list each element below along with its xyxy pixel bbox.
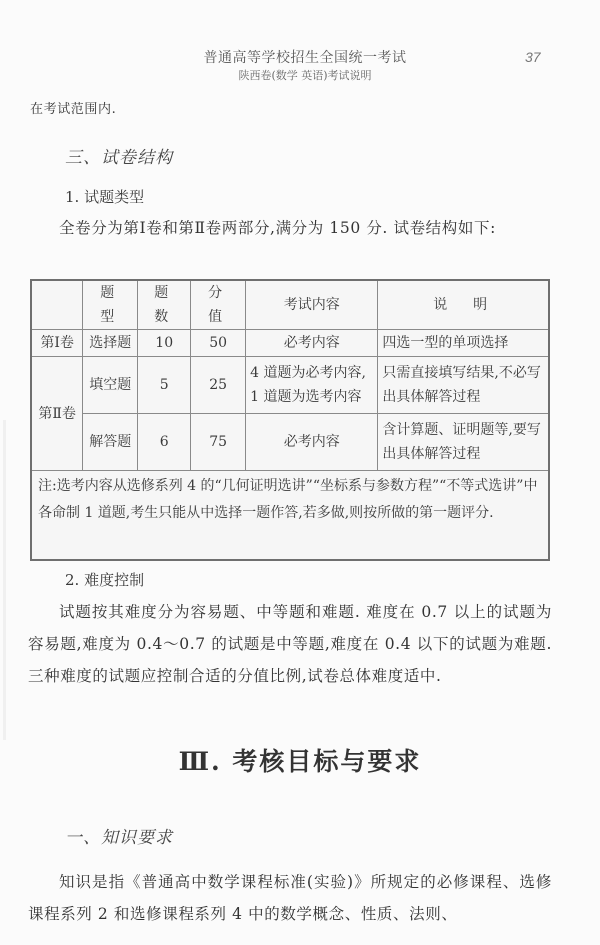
- header-cell-type: 题 型: [83, 280, 138, 330]
- cell-type: 选择题: [83, 330, 138, 357]
- scan-artifact: [3, 420, 6, 740]
- cell-part: 第Ⅱ卷: [31, 357, 83, 471]
- header-cell-description: 说 明: [378, 280, 549, 330]
- cell-type: 解答题: [83, 414, 138, 471]
- running-header-subtitle: 陕西卷(数学 英语)考试说明: [0, 67, 600, 83]
- header-cell-content: 考试内容: [246, 280, 378, 330]
- cell-content-line: 1 道题为选考内容: [250, 385, 373, 409]
- chapter-heading: Ⅲ. 考核目标与要求: [0, 742, 600, 778]
- cell-content: 4 道题为必考内容, 1 道题为选考内容: [246, 357, 378, 414]
- page-number: 37: [525, 49, 541, 65]
- header-cell-part: [31, 280, 83, 330]
- subsection-heading-difficulty: 2. 难度控制: [65, 569, 144, 590]
- intro-line: 在考试范围内.: [30, 94, 116, 126]
- header-cell-count: 题 数: [138, 280, 191, 330]
- paragraph-structure: 全卷分为第Ⅰ卷和第Ⅱ卷两部分,满分为 150 分. 试卷结构如下:: [28, 212, 552, 244]
- cell-description: 只需直接填写结果,不必写出具体解答过程: [378, 357, 549, 414]
- cell-score: 25: [191, 357, 246, 414]
- cell-content: 必考内容: [246, 330, 378, 357]
- table-note: 注:选考内容从选修系列 4 的“几何证明选讲”“坐标系与参数方程”“不等式选讲”…: [31, 471, 549, 561]
- cell-part: 第Ⅰ卷: [31, 330, 83, 357]
- cell-description: 四选一型的单项选择: [378, 330, 549, 357]
- cell-content: 必考内容: [246, 414, 378, 471]
- exam-structure-table: 题 型 题 数 分 值 考试内容 说 明 第Ⅰ卷 选择题 10 50 必考内容 …: [30, 279, 550, 561]
- cell-count: 6: [138, 414, 191, 471]
- running-header-title: 普通高等学校招生全国统一考试: [0, 47, 600, 67]
- paragraph-knowledge: 知识是指《普通高中数学课程标准(实验)》所规定的必修课程、选修课程系列 2 和选…: [28, 866, 552, 930]
- table-note-row: 注:选考内容从选修系列 4 的“几何证明选讲”“坐标系与参数方程”“不等式选讲”…: [31, 471, 549, 561]
- table-row: 第Ⅰ卷 选择题 10 50 必考内容 四选一型的单项选择: [31, 330, 549, 357]
- cell-type: 填空题: [83, 357, 138, 414]
- table-row: 第Ⅱ卷 填空题 5 25 4 道题为必考内容, 1 道题为选考内容 只需直接填写…: [31, 357, 549, 414]
- subsection-heading-question-types: 1. 试题类型: [65, 186, 144, 207]
- section-heading-exam-structure: 三、试卷结构: [65, 143, 173, 168]
- cell-score: 50: [191, 330, 246, 357]
- paragraph-difficulty: 试题按其难度分为容易题、中等题和难题. 难度在 0.7 以上的试题为容易题,难度…: [28, 596, 552, 692]
- table-header-row: 题 型 题 数 分 值 考试内容 说 明: [31, 280, 549, 330]
- header-cell-score: 分 值: [191, 280, 246, 330]
- cell-description: 含计算题、证明题等,要写出具体解答过程: [378, 414, 549, 471]
- cell-content-line: 4 道题为必考内容,: [250, 361, 373, 385]
- cell-score: 75: [191, 414, 246, 471]
- cell-count: 5: [138, 357, 191, 414]
- table-row: 解答题 6 75 必考内容 含计算题、证明题等,要写出具体解答过程: [31, 414, 549, 471]
- cell-count: 10: [138, 330, 191, 357]
- section-heading-knowledge: 一、知识要求: [65, 823, 173, 848]
